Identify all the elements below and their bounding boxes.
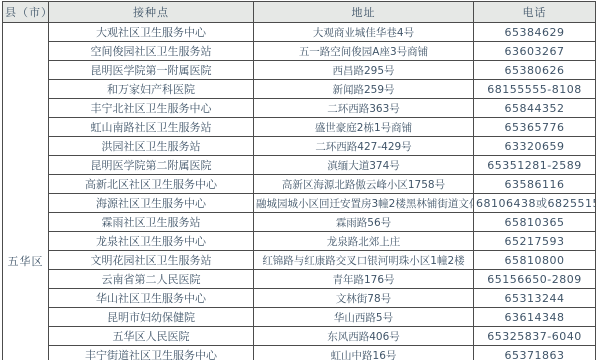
address-cell: 东风西路406号 — [254, 327, 474, 346]
site-cell: 昆明市妇幼保健院 — [49, 308, 254, 327]
site-cell: 丰宁街道社区卫生服务中心 — [49, 346, 254, 360]
district-label: 五华区 — [3, 253, 48, 269]
address-cell: 华山西路5号 — [254, 308, 474, 327]
phone-cell: 65384629 — [474, 23, 596, 42]
phone-cell: 63603267 — [474, 42, 596, 61]
site-column-header: 接种点 — [49, 2, 254, 23]
site-cell: 昆明医学院第一附属医院 — [49, 61, 254, 80]
district-cell: 五华区 — [3, 23, 49, 360]
site-cell: 空间俊园社区卫生服务站 — [49, 42, 254, 61]
address-cell: 龙泉路北郊上庄 — [254, 232, 474, 251]
phone-cell: 65844352 — [474, 99, 596, 118]
phone-cell: 65380626 — [474, 61, 596, 80]
address-cell: 虹山中路16号 — [254, 346, 474, 360]
address-cell: 二环西路427-429号 — [254, 137, 474, 156]
phone-cell: 68106438或68255152 — [474, 194, 596, 213]
site-cell: 大观社区卫生服务中心 — [49, 23, 254, 42]
site-cell: 洪园社区卫生服务站 — [49, 137, 254, 156]
site-cell: 高新北区社区卫生服务中心 — [49, 175, 254, 194]
table-row: 霖雨社区卫生服务站 霖雨路56号 65810365 — [3, 213, 596, 232]
phone-cell: 65810800 — [474, 251, 596, 270]
table-row: 空间俊园社区卫生服务站 五一路空间俊园A座3号商铺 63603267 — [3, 42, 596, 61]
phone-column-header: 电话 — [474, 2, 596, 23]
table-row: 昆明医学院第一附属医院 西昌路295号 65380626 — [3, 61, 596, 80]
vaccination-sites-table: 县（市）区 接种点 地址 电话 五华区大观社区卫生服务中心 大观商业城佳华巷4号… — [2, 1, 596, 360]
site-cell: 五华区人民医院 — [49, 327, 254, 346]
table-row: 虹山南路社区卫生服务站 盛世豪庭2栋1号商铺 65365776 — [3, 118, 596, 137]
district-column-header: 县（市）区 — [3, 2, 49, 23]
phone-cell: 68155555-8108 — [474, 80, 596, 99]
table-row: 高新北区社区卫生服务中心 高新区海源北路傲云峰小区1758号 63586116 — [3, 175, 596, 194]
site-cell: 海源社区卫生服务中心 — [49, 194, 254, 213]
table-row: 云南省第二人民医院 青年路176号 65156650-2809 — [3, 270, 596, 289]
address-cell: 高新区海源北路傲云峰小区1758号 — [254, 175, 474, 194]
phone-cell: 65365776 — [474, 118, 596, 137]
table-row: 五华区人民医院 东风西路406号 65325837-6040 — [3, 327, 596, 346]
table-row: 文明花园社区卫生服务站 红锦路与红康路交叉口银河明珠小区1幢2楼 6581080… — [3, 251, 596, 270]
address-cell: 新闻路259号 — [254, 80, 474, 99]
address-cell: 融城园城小区回迁安置房3幢2楼黑林铺街道文化站 — [254, 194, 474, 213]
address-cell: 五一路空间俊园A座3号商铺 — [254, 42, 474, 61]
address-cell: 二环西路363号 — [254, 99, 474, 118]
table-row: 龙泉社区卫生服务中心 龙泉路北郊上庄 65217593 — [3, 232, 596, 251]
table-row: 洪园社区卫生服务站 二环西路427-429号 63320659 — [3, 137, 596, 156]
site-cell: 和万家妇产科医院 — [49, 80, 254, 99]
site-cell: 龙泉社区卫生服务中心 — [49, 232, 254, 251]
phone-cell: 63320659 — [474, 137, 596, 156]
site-cell: 虹山南路社区卫生服务站 — [49, 118, 254, 137]
site-cell: 昆明医学院第二附属医院 — [49, 156, 254, 175]
site-cell: 霖雨社区卫生服务站 — [49, 213, 254, 232]
phone-cell: 65810365 — [474, 213, 596, 232]
table-row: 华山社区卫生服务中心 文林街78号 65313244 — [3, 289, 596, 308]
phone-cell: 63614348 — [474, 308, 596, 327]
phone-cell: 65371863 — [474, 346, 596, 360]
site-cell: 文明花园社区卫生服务站 — [49, 251, 254, 270]
address-cell: 霖雨路56号 — [254, 213, 474, 232]
header-row: 县（市）区 接种点 地址 电话 — [3, 2, 596, 23]
site-cell: 丰宁北社区卫生服务中心 — [49, 99, 254, 118]
address-column-header: 地址 — [254, 2, 474, 23]
phone-cell: 65325837-6040 — [474, 327, 596, 346]
address-cell: 西昌路295号 — [254, 61, 474, 80]
table-row: 丰宁北社区卫生服务中心 二环西路363号 65844352 — [3, 99, 596, 118]
site-cell: 云南省第二人民医院 — [49, 270, 254, 289]
address-cell: 盛世豪庭2栋1号商铺 — [254, 118, 474, 137]
table-row: 五华区大观社区卫生服务中心 大观商业城佳华巷4号 65384629 — [3, 23, 596, 42]
address-cell: 滇缅大道374号 — [254, 156, 474, 175]
phone-cell: 63586116 — [474, 175, 596, 194]
phone-cell: 65351281-2589 — [474, 156, 596, 175]
address-cell: 红锦路与红康路交叉口银河明珠小区1幢2楼 — [254, 251, 474, 270]
address-cell: 文林街78号 — [254, 289, 474, 308]
address-cell: 大观商业城佳华巷4号 — [254, 23, 474, 42]
vaccination-sites-table-wrap: 县（市）区 接种点 地址 电话 五华区大观社区卫生服务中心 大观商业城佳华巷4号… — [0, 1, 600, 360]
table-row: 和万家妇产科医院 新闻路259号 68155555-8108 — [3, 80, 596, 99]
phone-cell: 65313244 — [474, 289, 596, 308]
address-cell: 青年路176号 — [254, 270, 474, 289]
phone-cell: 65156650-2809 — [474, 270, 596, 289]
table-row: 昆明医学院第二附属医院 滇缅大道374号 65351281-2589 — [3, 156, 596, 175]
phone-cell: 65217593 — [474, 232, 596, 251]
site-cell: 华山社区卫生服务中心 — [49, 289, 254, 308]
table-row: 海源社区卫生服务中心 融城园城小区回迁安置房3幢2楼黑林铺街道文化站 68106… — [3, 194, 596, 213]
table-row: 昆明市妇幼保健院 华山西路5号 63614348 — [3, 308, 596, 327]
table-row: 丰宁街道社区卫生服务中心 虹山中路16号 65371863 — [3, 346, 596, 360]
table-body: 五华区大观社区卫生服务中心 大观商业城佳华巷4号 65384629 空间俊园社区… — [3, 23, 596, 360]
